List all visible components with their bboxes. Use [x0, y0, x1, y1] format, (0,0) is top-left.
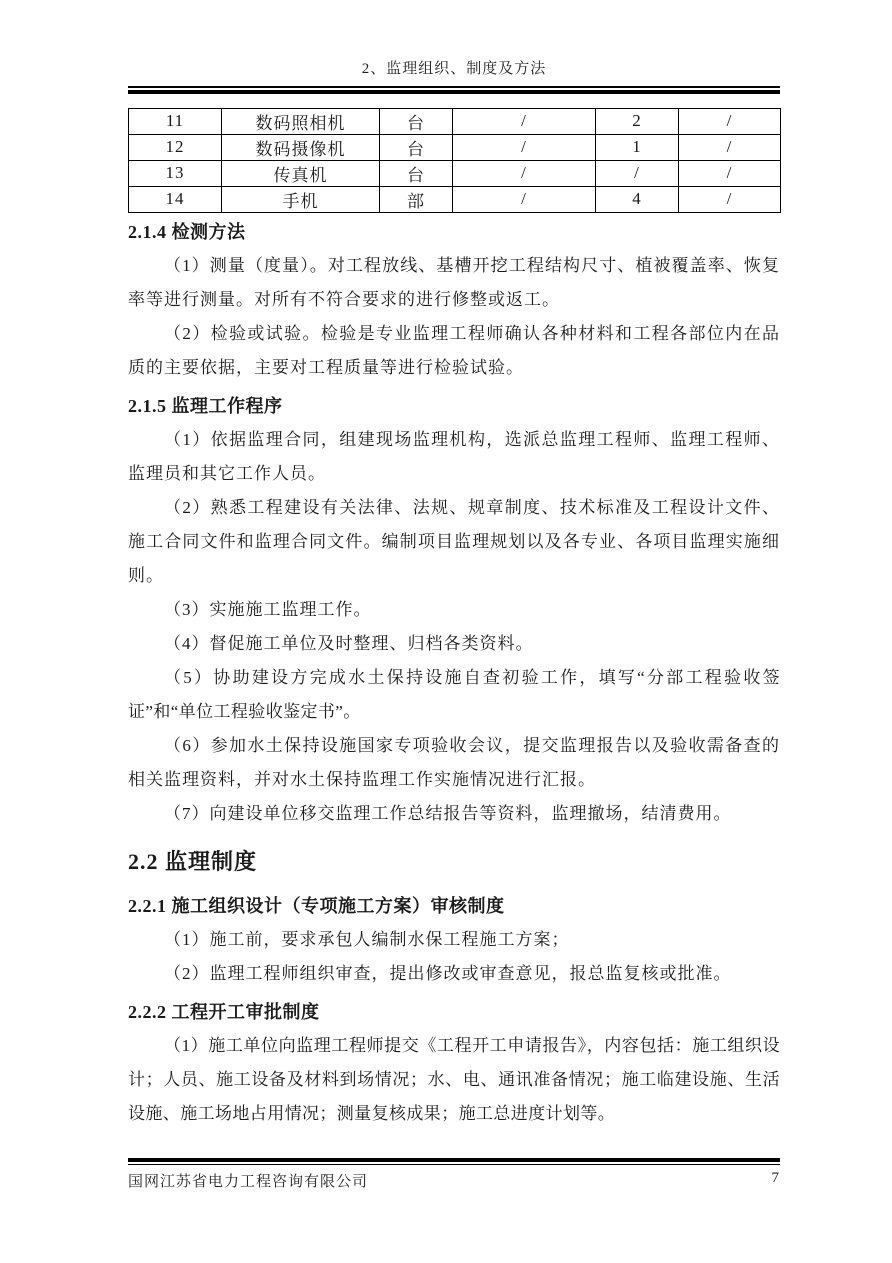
- section-heading: 2.2.2 工程开工审批制度: [128, 995, 780, 1029]
- value-cell: /: [679, 160, 781, 186]
- equipment-name-cell: 手机: [222, 186, 380, 212]
- value-cell: 2: [596, 108, 679, 134]
- paragraph: （7）向建设单位移交监理工作总结报告等资料，监理撤场，结清费用。: [128, 797, 780, 831]
- page-content: 2、监理组织、制度及方法 11 数码照相机 台 / 2 / 12 数码摄像机: [128, 0, 780, 1131]
- section-heading: 2.2 监理制度: [128, 847, 780, 877]
- footer-rule: [128, 1158, 780, 1165]
- section-2-1-5: 2.1.5 监理工作程序 （1）依据监理合同，组建现场监理机构，选派总监理工程师…: [128, 389, 780, 831]
- paragraph: （2）监理工程师组织审查，提出修改或审查意见，报总监复核或批准。: [128, 957, 780, 991]
- paragraph: （1）施工前，要求承包人编制水保工程施工方案；: [128, 923, 780, 957]
- section-2-2-2: 2.2.2 工程开工审批制度 （1）施工单位向监理工程师提交《工程开工申请报告》…: [128, 995, 780, 1131]
- value-cell: 1: [596, 134, 679, 160]
- value-cell: /: [679, 108, 781, 134]
- paragraph: （3）实施施工监理工作。: [128, 593, 780, 627]
- section-heading: 2.1.5 监理工作程序: [128, 389, 780, 423]
- unit-cell: 台: [380, 160, 453, 186]
- value-cell: /: [453, 186, 596, 212]
- footer-page-number: 7: [772, 1170, 781, 1191]
- value-cell: /: [453, 108, 596, 134]
- running-header-title: 2、监理组织、制度及方法: [128, 58, 780, 80]
- document-page: 2、监理组织、制度及方法 11 数码照相机 台 / 2 / 12 数码摄像机: [0, 0, 892, 1263]
- section-2-2-1: 2.2.1 施工组织设计（专项施工方案）审核制度 （1）施工前，要求承包人编制水…: [128, 889, 780, 991]
- paragraph: （4）督促施工单位及时整理、归档各类资料。: [128, 627, 780, 661]
- table-row: 14 手机 部 / 4 /: [129, 186, 781, 212]
- serial-cell: 14: [129, 186, 222, 212]
- section-heading: 2.2.1 施工组织设计（专项施工方案）审核制度: [128, 889, 780, 923]
- equipment-table: 11 数码照相机 台 / 2 / 12 数码摄像机 台 / 1 / 13: [128, 108, 781, 213]
- value-cell: /: [679, 134, 781, 160]
- paragraph: （5）协助建设方完成水土保持设施自查初验工作，填写“分部工程验收签证”和“单位工…: [128, 661, 780, 729]
- serial-cell: 12: [129, 134, 222, 160]
- equipment-name-cell: 数码照相机: [222, 108, 380, 134]
- section-heading: 2.1.4 检测方法: [128, 215, 780, 249]
- footer-company: 国网江苏省电力工程咨询有限公司: [128, 1170, 368, 1191]
- equipment-name-cell: 数码摄像机: [222, 134, 380, 160]
- header-rule: [128, 86, 780, 94]
- paragraph: （1）测量（度量）。对工程放线、基槽开挖工程结构尺寸、植被覆盖率、恢复率等进行测…: [128, 249, 780, 317]
- unit-cell: 部: [380, 186, 453, 212]
- value-cell: /: [596, 160, 679, 186]
- serial-cell: 11: [129, 108, 222, 134]
- unit-cell: 台: [380, 134, 453, 160]
- section-2-2: 2.2 监理制度: [128, 847, 780, 877]
- value-cell: /: [453, 160, 596, 186]
- paragraph: （1）施工单位向监理工程师提交《工程开工申请报告》，内容包括：施工组织设计；人员…: [128, 1029, 780, 1131]
- paragraph: （6）参加水土保持设施国家专项验收会议，提交监理报告以及验收需备查的相关监理资料…: [128, 729, 780, 797]
- value-cell: /: [679, 186, 781, 212]
- paragraph: （2）检验或试验。检验是专业监理工程师确认各种材料和工程各部位内在品质的主要依据…: [128, 317, 780, 385]
- paragraph: （1）依据监理合同，组建现场监理机构，选派总监理工程师、监理工程师、监理员和其它…: [128, 423, 780, 491]
- table-row: 11 数码照相机 台 / 2 /: [129, 108, 781, 134]
- value-cell: /: [453, 134, 596, 160]
- table-row: 13 传真机 台 / / /: [129, 160, 781, 186]
- page-footer: 国网江苏省电力工程咨询有限公司 7: [128, 1158, 780, 1191]
- serial-cell: 13: [129, 160, 222, 186]
- section-2-1-4: 2.1.4 检测方法 （1）测量（度量）。对工程放线、基槽开挖工程结构尺寸、植被…: [128, 215, 780, 385]
- value-cell: 4: [596, 186, 679, 212]
- unit-cell: 台: [380, 108, 453, 134]
- paragraph: （2）熟悉工程建设有关法律、法规、规章制度、技术标准及工程设计文件、施工合同文件…: [128, 491, 780, 593]
- equipment-name-cell: 传真机: [222, 160, 380, 186]
- table-row: 12 数码摄像机 台 / 1 /: [129, 134, 781, 160]
